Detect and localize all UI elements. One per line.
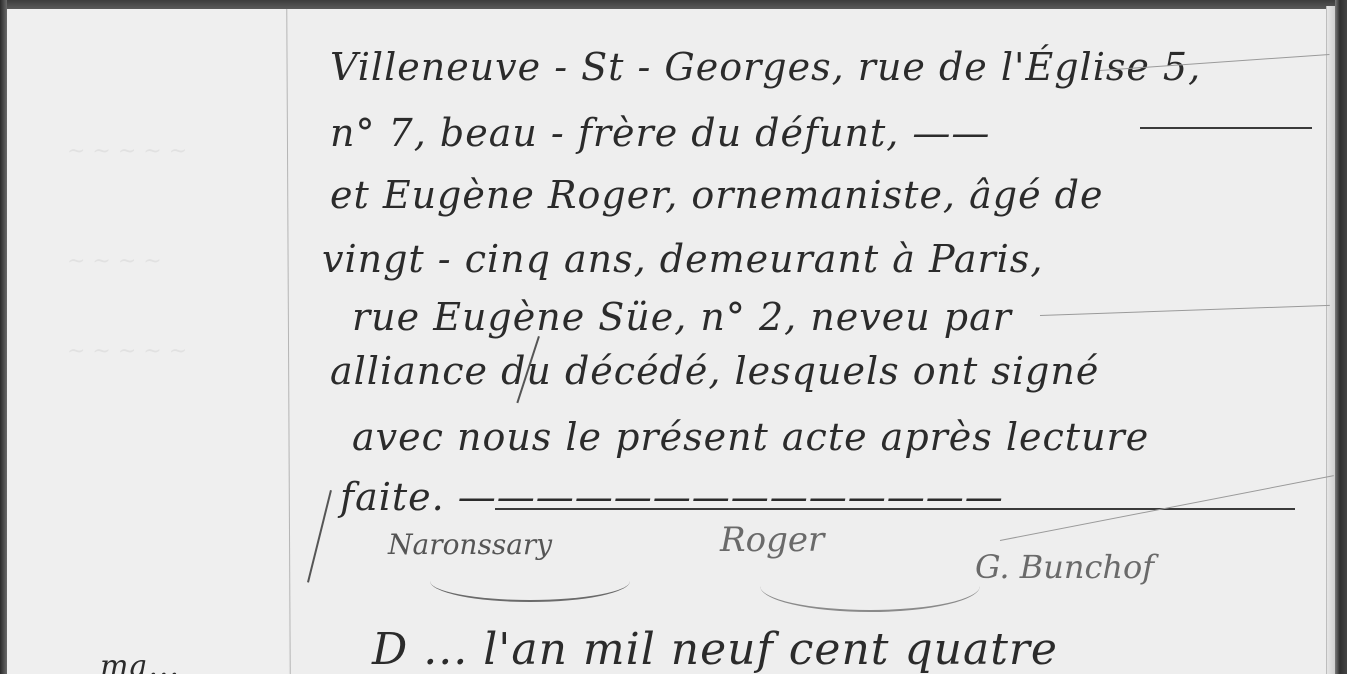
closing-rule <box>1140 127 1312 129</box>
signature-flourish <box>430 560 630 602</box>
top-page-edge <box>0 0 1347 9</box>
scanned-register-page: ~ ~ ~ ~ ~ ~ ~ ~ ~ ~ ~ ~ ~ ~ Villeneuve -… <box>0 0 1347 674</box>
signature-1: Naronssary <box>388 528 552 561</box>
next-entry-text-fragment: D ... l'an mil neuf cent quatre <box>372 628 1058 672</box>
text-line-7: avec nous le présent acte après lecture <box>352 418 1149 456</box>
bleed-through-text: ~ ~ ~ ~ <box>67 249 162 274</box>
text-line-8: faite. —————————————— <box>340 478 1004 516</box>
closing-rule <box>495 508 1295 510</box>
bleed-through-text: ~ ~ ~ ~ ~ <box>67 139 187 164</box>
text-line-6: alliance du décédé, lesquels ont signé <box>330 352 1099 390</box>
text-line-5: rue Eugène Süe, n° 2, neveu par <box>352 298 1012 336</box>
signature-3: G. Bunchof <box>975 548 1154 586</box>
signature-2: Roger <box>720 520 824 560</box>
text-line-2: n° 7, beau - frère du défunt, —— <box>330 114 990 152</box>
left-page-edge <box>0 0 7 674</box>
text-line-1: Villeneuve - St - Georges, rue de l'Égli… <box>330 48 1201 86</box>
next-entry-margin-fragment: ma... <box>100 652 180 674</box>
left-margin-column: ~ ~ ~ ~ ~ ~ ~ ~ ~ ~ ~ ~ ~ ~ <box>7 9 288 674</box>
text-line-4: vingt - cinq ans, demeurant à Paris, <box>322 240 1043 278</box>
binding-edge <box>1335 0 1347 674</box>
text-line-3: et Eugène Roger, ornemaniste, âgé de <box>330 176 1103 214</box>
bleed-through-text: ~ ~ ~ ~ ~ <box>67 339 187 364</box>
page-fold <box>1326 6 1335 674</box>
signature-flourish <box>760 560 980 612</box>
